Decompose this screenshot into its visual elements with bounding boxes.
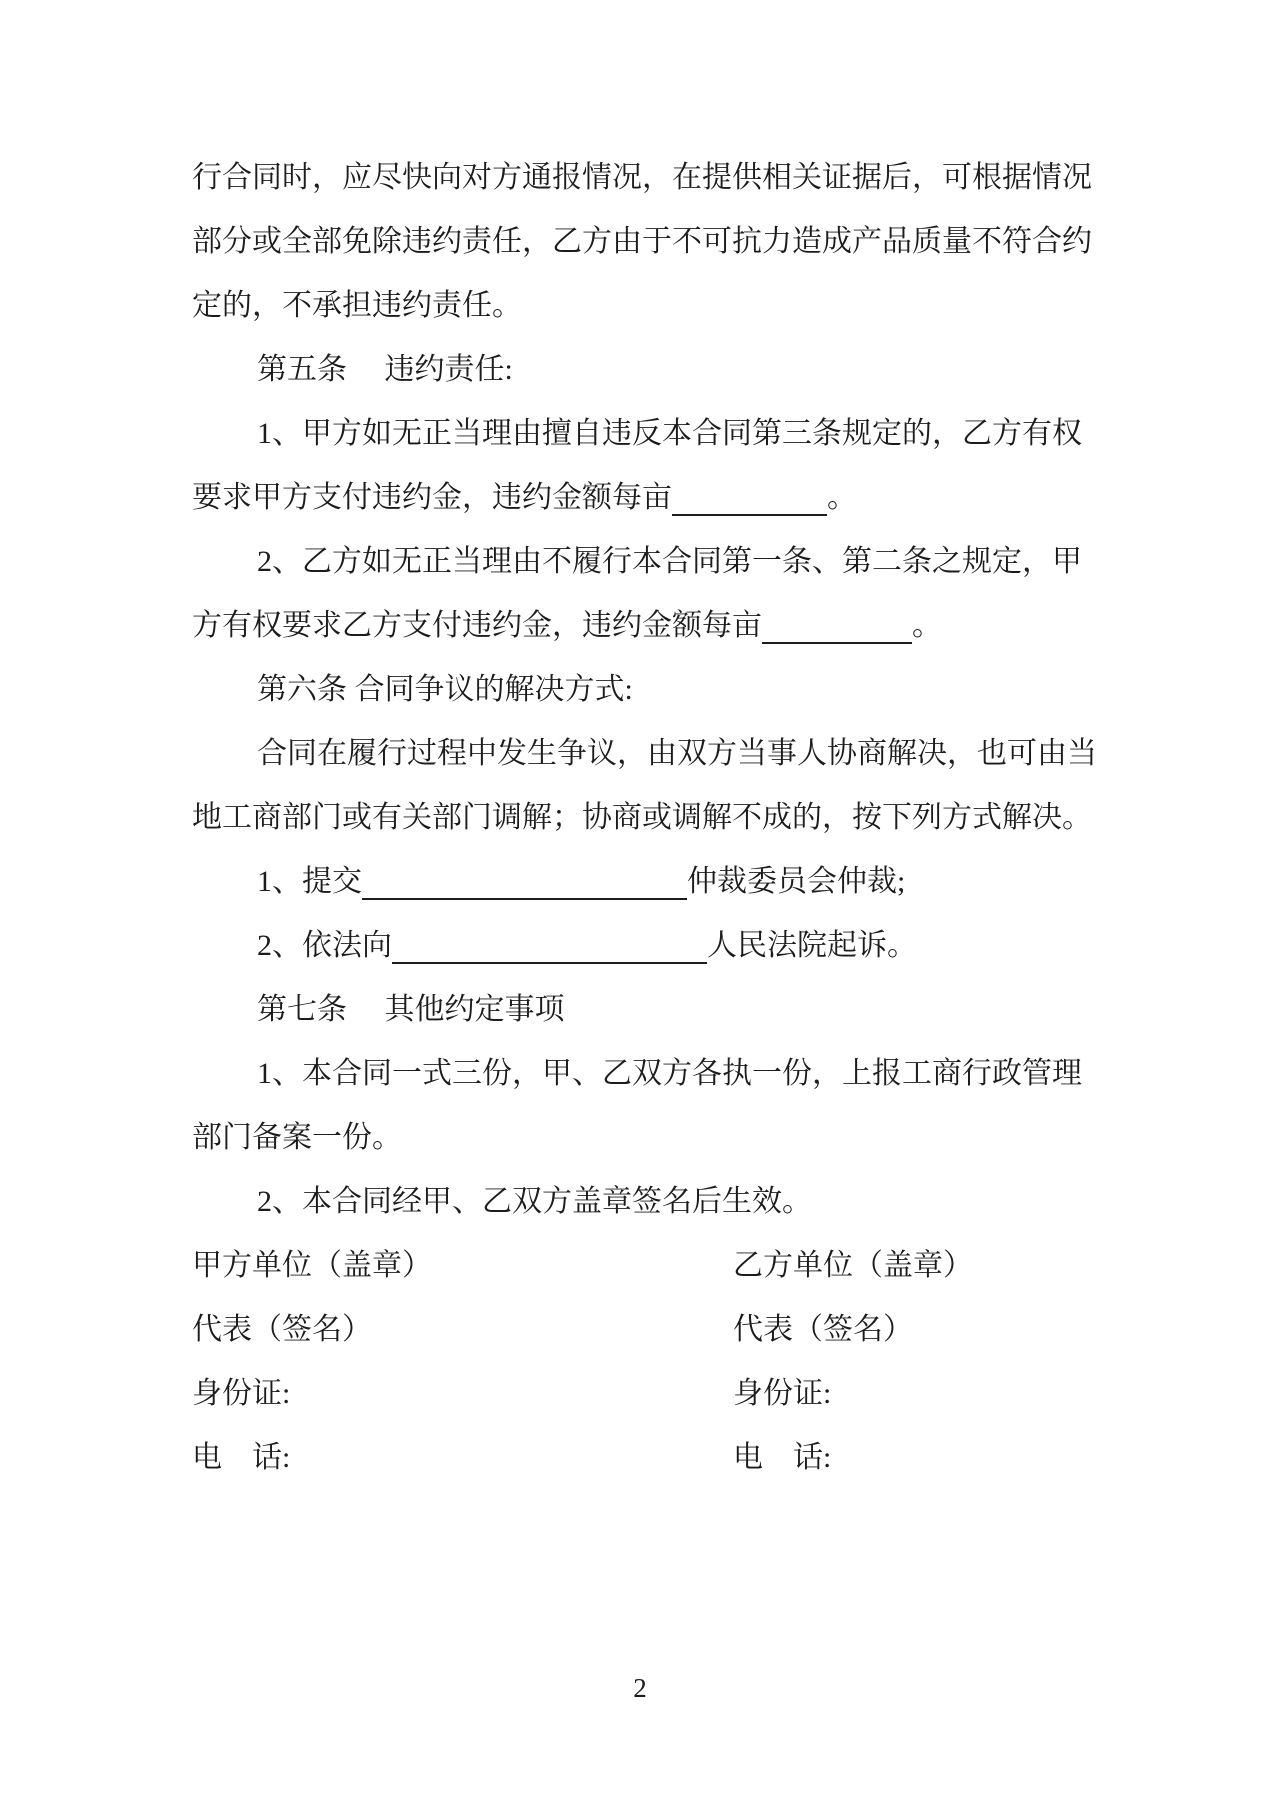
text-segment: 仲裁委员会仲裁; bbox=[687, 865, 905, 898]
para-force-majeure-line3: 定的，不承担违约责任。 bbox=[192, 274, 1092, 338]
fill-in-blank bbox=[362, 860, 687, 900]
text-segment: 方有权要求乙方支付违约金，违约金额每亩 bbox=[192, 609, 762, 642]
text-segment: 地工商部门或有关部门调解；协商或调解不成的，按下列方式解决。 bbox=[192, 801, 1092, 834]
clause-7-item-1-line1: 1、本合同一式三份，甲、乙双方各执一份，上报工商行政管理 bbox=[192, 1042, 1092, 1106]
signature-row-phone: 电 话:电 话: bbox=[192, 1426, 1092, 1490]
text-segment: 第五条 违约责任: bbox=[257, 353, 513, 386]
contract-body: 行合同时，应尽快向对方通报情况，在提供相关证据后，可根据情况部分或全部免除违约责… bbox=[192, 146, 1092, 1490]
page-number: 2 bbox=[0, 1668, 1280, 1708]
fill-in-blank bbox=[672, 476, 827, 516]
clause-6-item-2: 2、依法向人民法院起诉。 bbox=[192, 914, 1092, 978]
fill-in-blank bbox=[392, 924, 707, 964]
clause-5-item-2-line2: 方有权要求乙方支付违约金，违约金额每亩。 bbox=[192, 594, 1092, 658]
text-segment: 2、依法向 bbox=[257, 929, 392, 962]
text-segment: 部分或全部免除违约责任，乙方由于不可抗力造成产品质量不符合约 bbox=[192, 225, 1092, 258]
para-force-majeure-line2: 部分或全部免除违约责任，乙方由于不可抗力造成产品质量不符合约 bbox=[192, 210, 1092, 274]
signature-row-id-left: 身份证: bbox=[192, 1362, 290, 1426]
signature-row-phone-right: 电 话: bbox=[733, 1426, 831, 1490]
clause-5-item-1-line2: 要求甲方支付违约金，违约金额每亩。 bbox=[192, 466, 1092, 530]
signature-row-representative-right: 代表（签名） bbox=[733, 1298, 913, 1362]
clause-5-item-1-line1: 1、甲方如无正当理由擅自违反本合同第三条规定的，乙方有权 bbox=[192, 402, 1092, 466]
text-segment: 合同在履行过程中发生争议，由双方当事人协商解决，也可由当 bbox=[257, 737, 1097, 770]
signature-row-id: 身份证:身份证: bbox=[192, 1362, 1092, 1426]
text-segment: 行合同时，应尽快向对方通报情况，在提供相关证据后，可根据情况 bbox=[192, 161, 1092, 194]
text-segment: 部门备案一份。 bbox=[192, 1121, 402, 1154]
signature-row-phone-left: 电 话: bbox=[192, 1426, 290, 1490]
text-segment: 2、乙方如无正当理由不履行本合同第一条、第二条之规定，甲 bbox=[257, 545, 1082, 578]
text-segment: 。 bbox=[827, 481, 857, 514]
text-segment: 人民法院起诉。 bbox=[707, 929, 917, 962]
text-segment: 1、提交 bbox=[257, 865, 362, 898]
clause-7-item-2: 2、本合同经甲、乙双方盖章签名后生效。 bbox=[192, 1170, 1092, 1234]
text-segment: 1、甲方如无正当理由擅自违反本合同第三条规定的，乙方有权 bbox=[257, 417, 1082, 450]
clause-6-para-line1: 合同在履行过程中发生争议，由双方当事人协商解决，也可由当 bbox=[192, 722, 1092, 786]
clause-5-heading: 第五条 违约责任: bbox=[192, 338, 1092, 402]
text-segment: 。 bbox=[912, 609, 942, 642]
text-segment: 定的，不承担违约责任。 bbox=[192, 289, 522, 322]
clause-6-item-1: 1、提交仲裁委员会仲裁; bbox=[192, 850, 1092, 914]
clause-6-heading: 第六条 合同争议的解决方式: bbox=[192, 658, 1092, 722]
text-segment: 第六条 合同争议的解决方式: bbox=[257, 673, 633, 706]
contract-page: { "page": { "number": "2", "background":… bbox=[0, 0, 1280, 1810]
signature-row-unit-right: 乙方单位（盖章） bbox=[733, 1234, 973, 1298]
signature-row-id-right: 身份证: bbox=[733, 1362, 831, 1426]
fill-in-blank bbox=[762, 604, 912, 644]
clause-5-item-2-line1: 2、乙方如无正当理由不履行本合同第一条、第二条之规定，甲 bbox=[192, 530, 1092, 594]
signature-row-unit: 甲方单位（盖章）乙方单位（盖章） bbox=[192, 1234, 1092, 1298]
text-segment: 2、本合同经甲、乙双方盖章签名后生效。 bbox=[257, 1185, 812, 1218]
text-segment: 1、本合同一式三份，甲、乙双方各执一份，上报工商行政管理 bbox=[257, 1057, 1082, 1090]
clause-7-heading: 第七条 其他约定事项 bbox=[192, 978, 1092, 1042]
clause-7-item-1-line2: 部门备案一份。 bbox=[192, 1106, 1092, 1170]
clause-6-para-line2: 地工商部门或有关部门调解；协商或调解不成的，按下列方式解决。 bbox=[192, 786, 1092, 850]
text-segment: 要求甲方支付违约金，违约金额每亩 bbox=[192, 481, 672, 514]
para-force-majeure-line1: 行合同时，应尽快向对方通报情况，在提供相关证据后，可根据情况 bbox=[192, 146, 1092, 210]
signature-row-unit-left: 甲方单位（盖章） bbox=[192, 1234, 432, 1298]
signature-row-representative: 代表（签名）代表（签名） bbox=[192, 1298, 1092, 1362]
text-segment: 第七条 其他约定事项 bbox=[257, 993, 565, 1026]
signature-row-representative-left: 代表（签名） bbox=[192, 1298, 372, 1362]
